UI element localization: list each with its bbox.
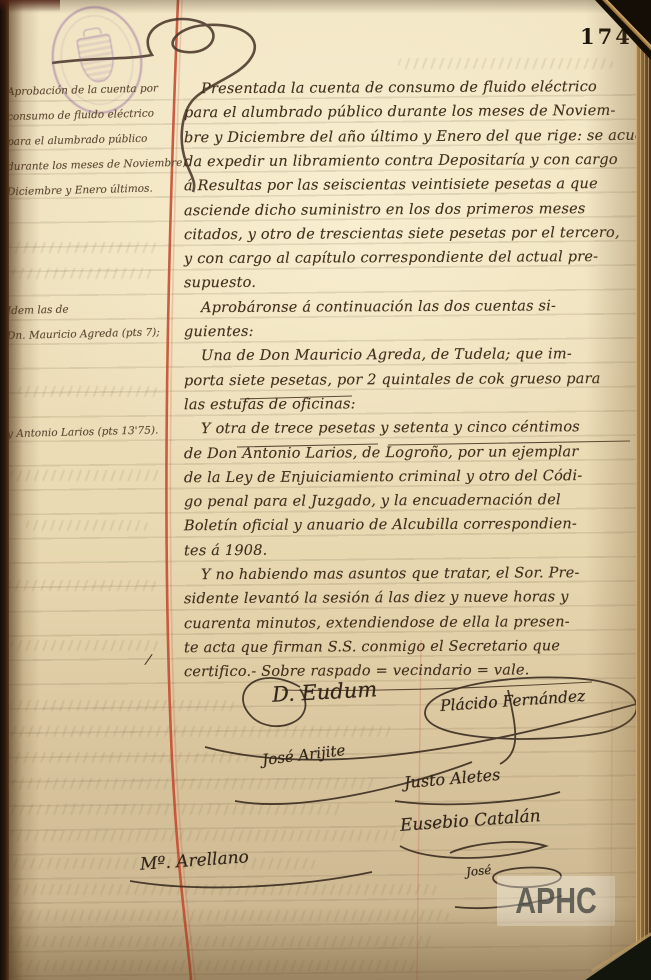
body-line: para el alumbrado público durante los me… bbox=[184, 99, 644, 126]
body-line: las estufas de oficinas: bbox=[184, 391, 644, 418]
body-line: go penal para el Juzgado, y la encuadern… bbox=[184, 488, 644, 515]
body-line: Boletín oficial y anuario de Alcubilla c… bbox=[184, 512, 644, 539]
body-line: asciende dicho suministro en los dos pri… bbox=[184, 196, 644, 223]
body-line: Presentada la cuenta de consumo de fluid… bbox=[184, 75, 651, 102]
body-line: bre y Diciembre del año último y Enero d… bbox=[184, 123, 644, 150]
body-line: á Resultas por las seiscientas veintisie… bbox=[184, 172, 644, 199]
page-shadow-top bbox=[0, 0, 651, 14]
page-shadow-right bbox=[586, 0, 638, 980]
body-line: de la Ley de Enjuiciamiento criminal y o… bbox=[184, 464, 644, 491]
body-line: tes á 1908. bbox=[184, 536, 644, 563]
body-line: certifico.- Sobre raspado = vecindario =… bbox=[184, 658, 644, 685]
body-line: guientes: bbox=[184, 318, 644, 345]
body-line: da expedir un libramiento contra Deposit… bbox=[184, 148, 644, 175]
body-line: Y no habiendo mas asuntos que tratar, el… bbox=[184, 561, 651, 588]
body-line: Una de Don Mauricio Agreda, de Tudela; q… bbox=[184, 342, 651, 369]
body-line: supuesto. bbox=[184, 269, 644, 296]
body-line: cuarenta minutos, extendiendose de ella … bbox=[184, 609, 644, 636]
ghost-writing-row bbox=[398, 58, 613, 69]
page-edge-right bbox=[636, 0, 651, 980]
body-line: te acta que firman S.S. conmigo el Secre… bbox=[184, 634, 644, 661]
corner-shadow-top-left bbox=[0, 0, 60, 12]
body-line: Aprobáronse á continuación las dos cuent… bbox=[184, 293, 651, 320]
body-line: Y otra de trece pesetas y setenta y cinc… bbox=[184, 415, 651, 442]
body-line: sidente levantó la sesión á las diez y n… bbox=[184, 585, 644, 612]
signature-secretary: José bbox=[465, 863, 492, 880]
body-line: citados, y otro de trescientas siete pes… bbox=[184, 221, 644, 248]
scanned-minutes-page-photo: 174 Aprobación de la cuenta por consumo … bbox=[0, 0, 651, 980]
body-line: y con cargo al capítulo correspondiente … bbox=[184, 245, 644, 272]
binding-shadow bbox=[9, 0, 23, 980]
book-binding-edge bbox=[0, 0, 9, 980]
body-line: de Don Antonio Larios, de Logroño, por u… bbox=[184, 439, 644, 466]
page-shadow-bottom bbox=[0, 905, 651, 980]
body-line: porta siete pesetas, por 2 quintales de … bbox=[184, 366, 644, 393]
